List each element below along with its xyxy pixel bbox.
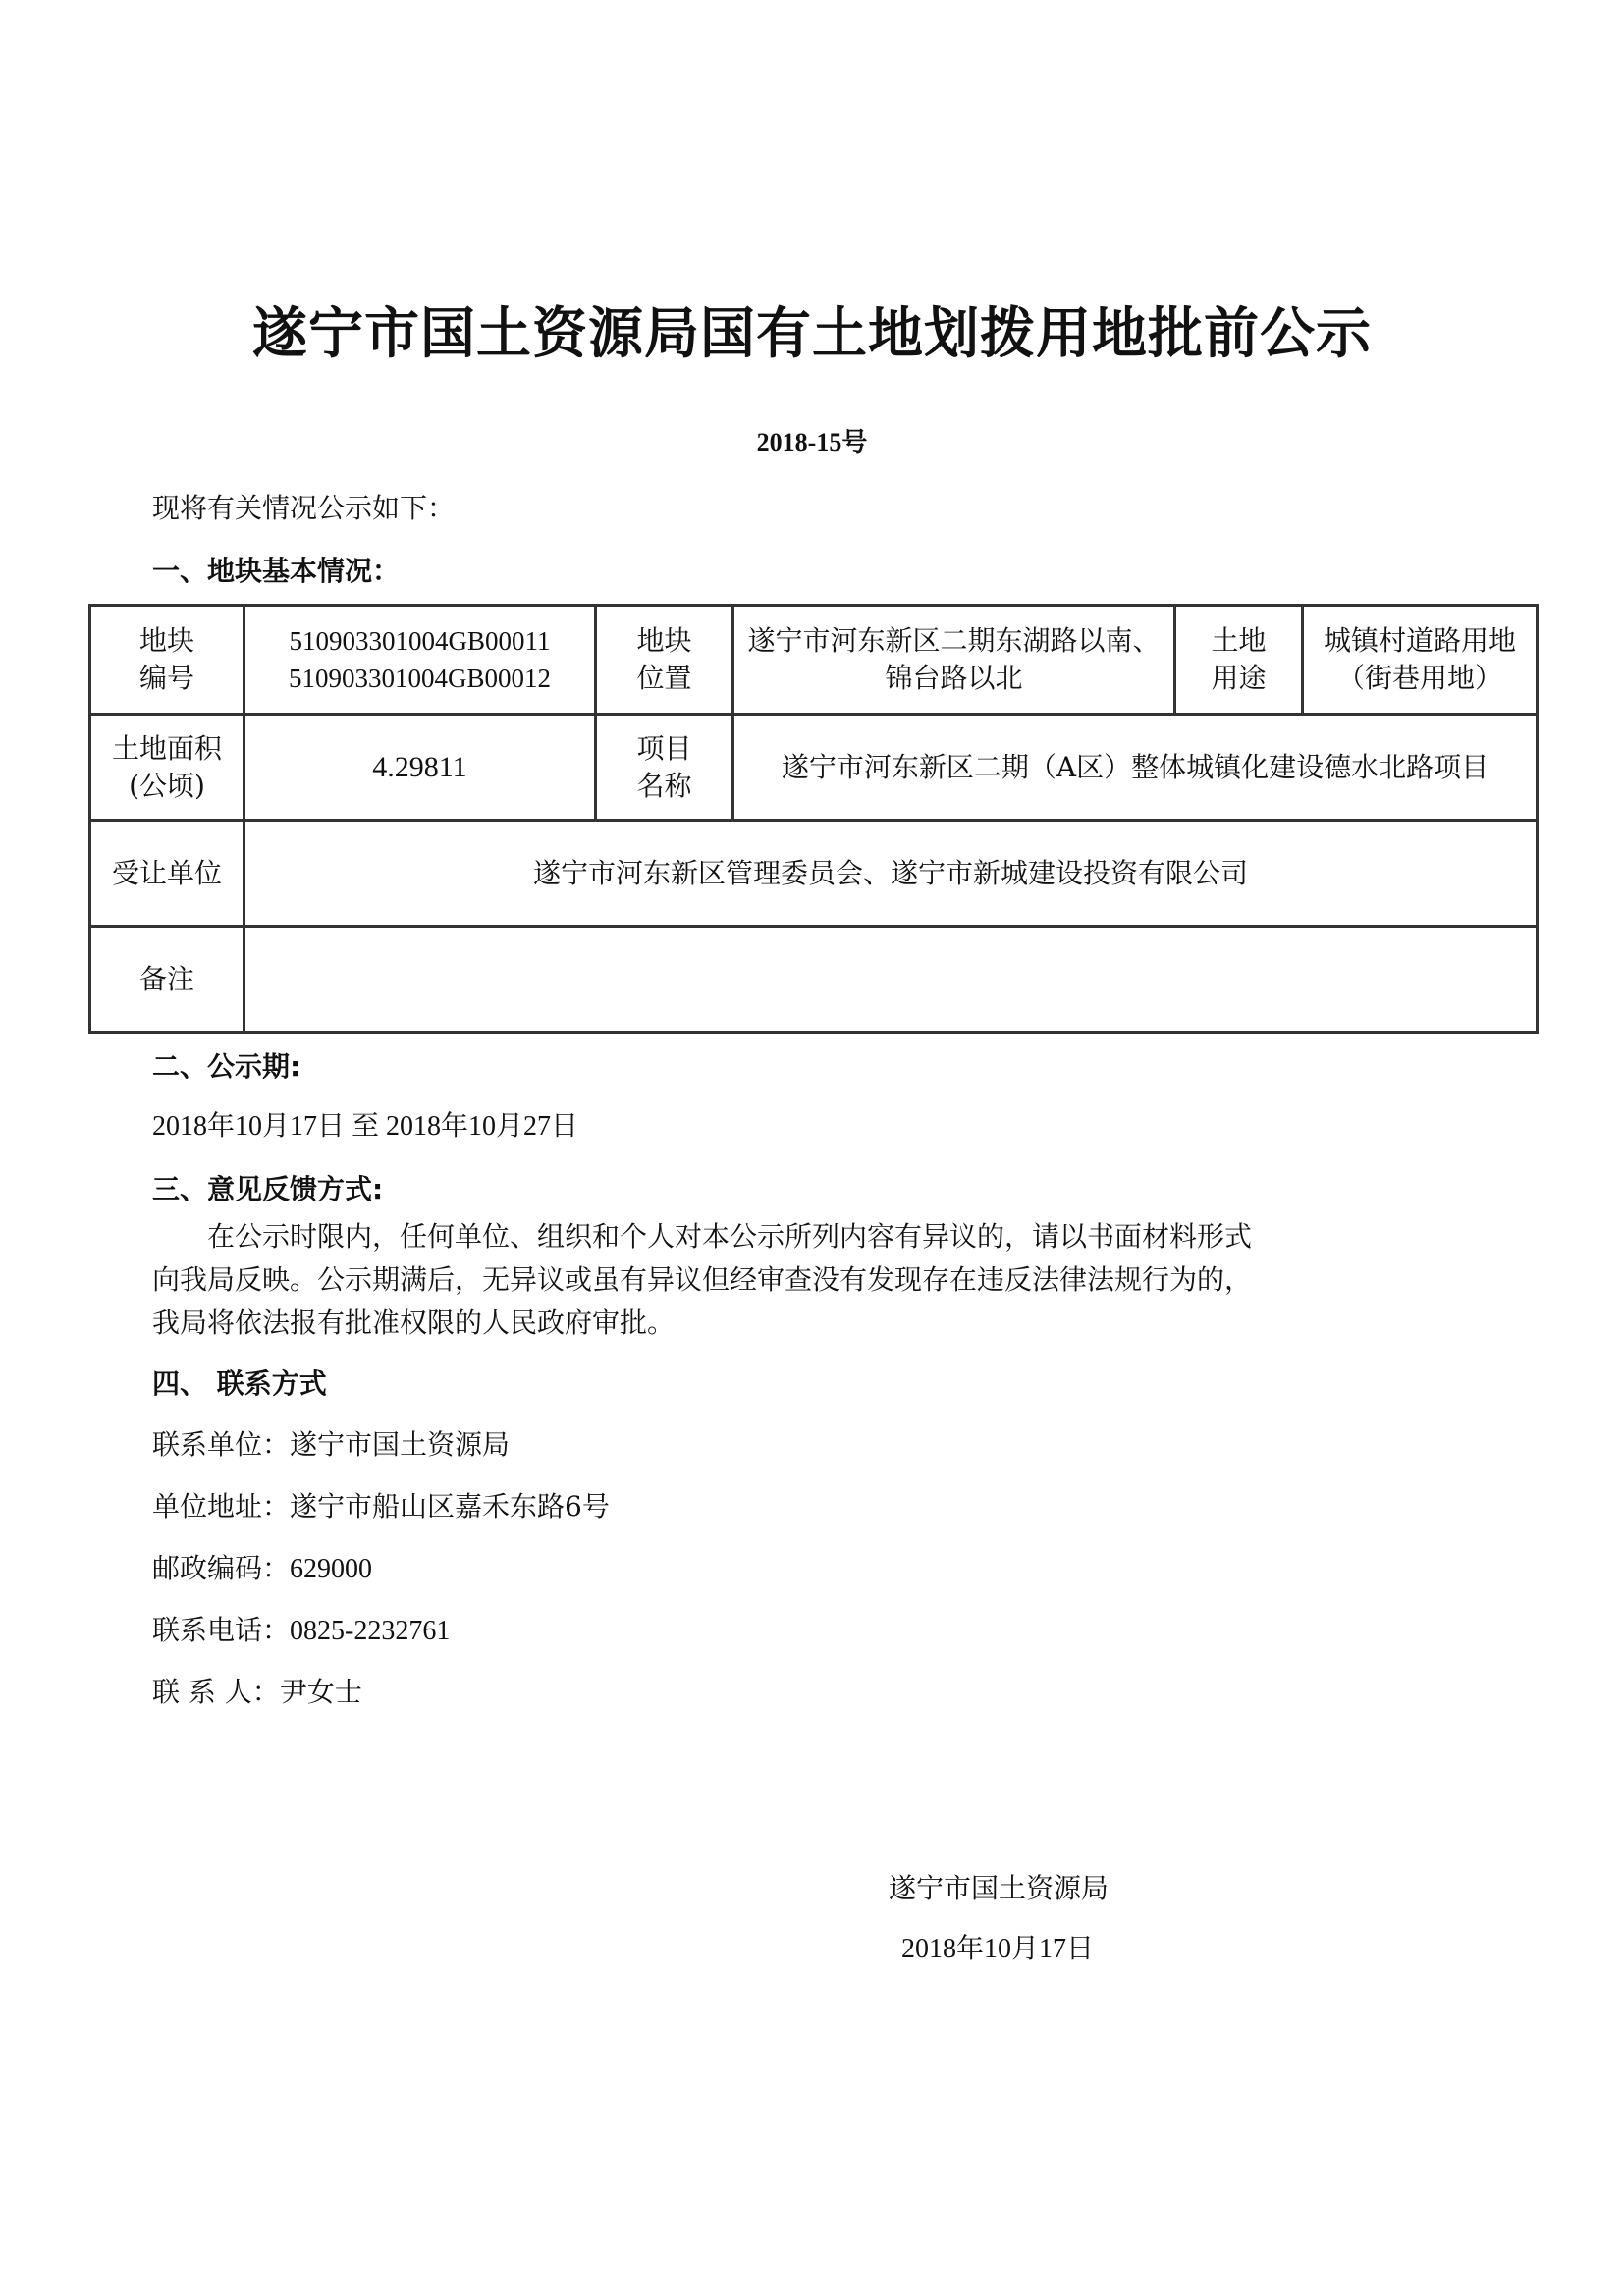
publicity-period: 2018年10月17日 至 2018年10月27日: [152, 1107, 578, 1147]
intro-text: 现将有关情况公示如下：: [152, 489, 455, 528]
contact-person: 联 系 人：尹女士: [152, 1671, 362, 1710]
location-label: 地块位置: [596, 606, 733, 715]
section1-heading: 一、地块基本情况：: [152, 550, 400, 589]
issue-date: 2018年10月17日: [901, 1927, 1094, 1966]
table-row: 受让单位 遂宁市河东新区管理委员会、遂宁市新城建设投资有限公司: [90, 821, 1538, 927]
contact-phone: 联系电话：0825-2232761: [152, 1609, 450, 1648]
contact-postcode: 邮政编码：629000: [152, 1547, 372, 1586]
feedback-paragraph: 在公示时限内，任何单位、组织和个人对本公示所列内容有异议的，请以书面材料形式 向…: [152, 1215, 1488, 1345]
section2-heading: 二、公示期:: [152, 1045, 300, 1085]
project-value: 遂宁市河东新区二期（A区）整体城镇化建设德水北路项目: [733, 715, 1538, 821]
parcel-no-value: 510903301004GB00011 510903301004GB00012: [244, 606, 596, 715]
parcel-info-table: 地块编号 510903301004GB00011 510903301004GB0…: [88, 604, 1539, 1034]
usage-label: 土地用途: [1175, 606, 1303, 715]
contact-unit: 联系单位：遂宁市国土资源局: [152, 1423, 510, 1463]
section3-heading: 三、意见反馈方式:: [152, 1168, 383, 1207]
grantee-value: 遂宁市河东新区管理委员会、遂宁市新城建设投资有限公司: [244, 821, 1538, 927]
section4-heading: 四、 联系方式: [152, 1362, 327, 1402]
table-row: 土地面积(公顷) 4.29811 项目名称 遂宁市河东新区二期（A区）整体城镇化…: [90, 715, 1538, 821]
location-value: 遂宁市河东新区二期东湖路以南、锦台路以北: [733, 606, 1175, 715]
issuer-signature: 遂宁市国土资源局: [889, 1867, 1109, 1906]
area-label: 土地面积(公顷): [90, 715, 244, 821]
project-label: 项目名称: [596, 715, 733, 821]
document-number: 2018-15号: [0, 422, 1624, 458]
area-value: 4.29811: [244, 715, 596, 821]
parcel-no-label: 地块编号: [90, 606, 244, 715]
contact-address: 单位地址：遂宁市船山区嘉禾东路6号: [152, 1485, 610, 1524]
usage-value: 城镇村道路用地（街巷用地）: [1303, 606, 1538, 715]
remarks-label: 备注: [90, 927, 244, 1033]
grantee-label: 受让单位: [90, 821, 244, 927]
table-row: 地块编号 510903301004GB00011 510903301004GB0…: [90, 606, 1538, 715]
table-row: 备注: [90, 927, 1538, 1033]
page-title: 遂宁市国土资源局国有土地划拨用地批前公示: [0, 291, 1624, 369]
remarks-value: [244, 927, 1538, 1033]
